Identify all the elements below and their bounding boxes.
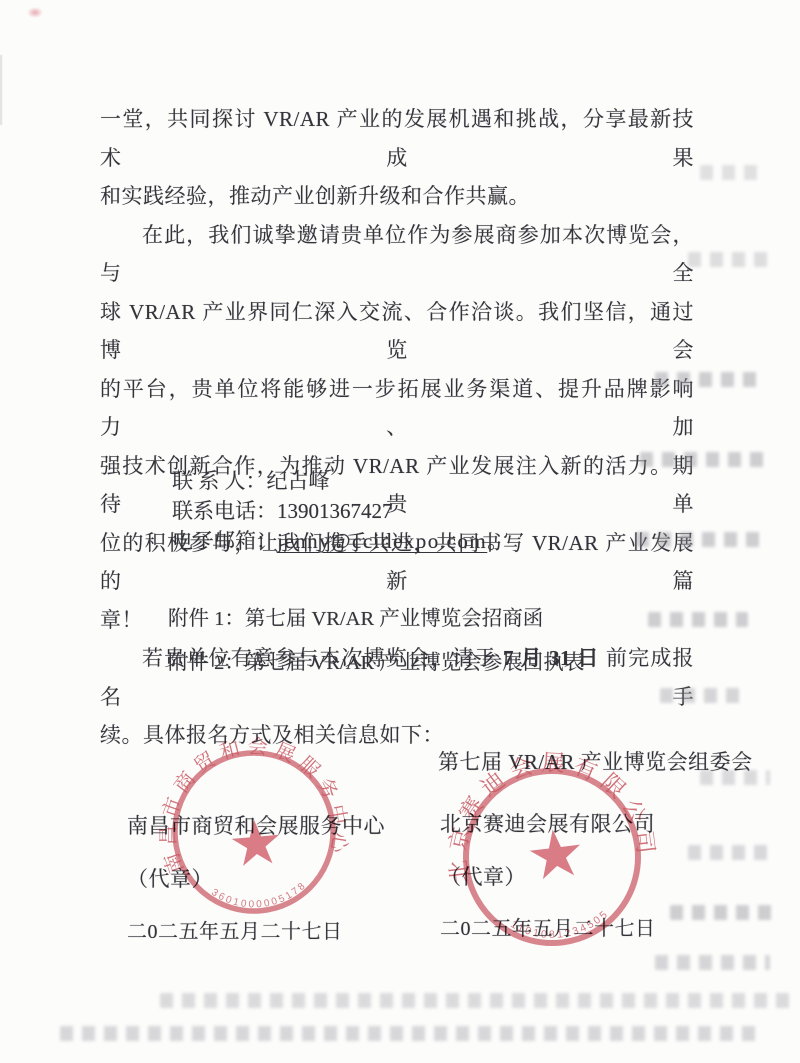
body-line: 和实践经验，推动产业创新升级和合作共赢。: [100, 177, 694, 216]
body-line: 在此，我们诚挚邀请贵单位作为参展商参加本次博览会，与全: [100, 216, 694, 293]
contact-phone-row: 联系电话：13901367427: [172, 496, 508, 526]
attachment-item-1: 附件 1：第七届 VR/AR 产业博览会招商函: [168, 601, 543, 631]
bleedthrough-noise: [700, 165, 760, 180]
contact-email-suffix: 。: [487, 529, 508, 553]
attachment-item-2: 附件 2：第七届 VR/AR 产业博览会参展回执表: [168, 645, 584, 675]
body-line: 的平台，贵单位将能够进一步拓展业务渠道、提升品牌影响力、加: [100, 370, 694, 447]
bleedthrough-noise: [700, 770, 770, 785]
bleedthrough-noise: [670, 905, 775, 920]
official-seal-left: 南昌市商贸和会展服务中心 ★ 3601000005178: [143, 721, 364, 942]
bleedthrough-noise: [655, 372, 765, 387]
contact-email-label: 电子邮箱：: [172, 529, 277, 553]
contact-email-row: 电子邮箱：jenny@ccidexpo.com。: [172, 526, 508, 556]
bleedthrough-noise: [655, 955, 770, 970]
seal-star-icon: ★: [225, 804, 287, 882]
bleedthrough-noise: [688, 845, 773, 860]
bleedthrough-noise: [160, 993, 790, 1008]
bleedthrough-noise: [648, 612, 748, 627]
bleedthrough-noise: [640, 452, 765, 467]
seal-star-icon: ★: [522, 813, 590, 897]
contact-phone-label: 联系电话：: [172, 499, 277, 523]
contact-block: 联 系 人：纪占峰 联系电话：13901367427 电子邮箱：jenny@cc…: [172, 466, 508, 556]
bleedthrough-noise: [636, 532, 766, 547]
contact-email-value: jenny@ccidexpo.com: [277, 529, 487, 553]
body-line: 球 VR/AR 产业界同仁深入交流、合作洽谈。我们坚信，通过博览会: [100, 293, 694, 370]
bleedthrough-noise: [60, 1026, 760, 1041]
bleedthrough-noise: [688, 252, 768, 267]
official-seal-right: 北京赛迪会展有限公司 ★ 1101081234505: [427, 732, 677, 982]
scanned-letter-page: 一堂，共同探讨 VR/AR 产业的发展机遇和挑战，分享最新技术成果 和实践经验，…: [0, 0, 800, 1063]
body-line: 一堂，共同探讨 VR/AR 产业的发展机遇和挑战，分享最新技术成果: [100, 100, 694, 177]
contact-person-value: 纪占峰: [267, 469, 330, 493]
red-scan-mark: [27, 7, 43, 18]
contact-person-row: 联 系 人：纪占峰: [172, 466, 508, 496]
contact-phone-value: 13901367427: [277, 499, 393, 523]
contact-person-label: 联 系 人：: [172, 469, 267, 493]
scan-edge-artifact: [0, 55, 2, 125]
bleedthrough-noise: [660, 688, 745, 703]
